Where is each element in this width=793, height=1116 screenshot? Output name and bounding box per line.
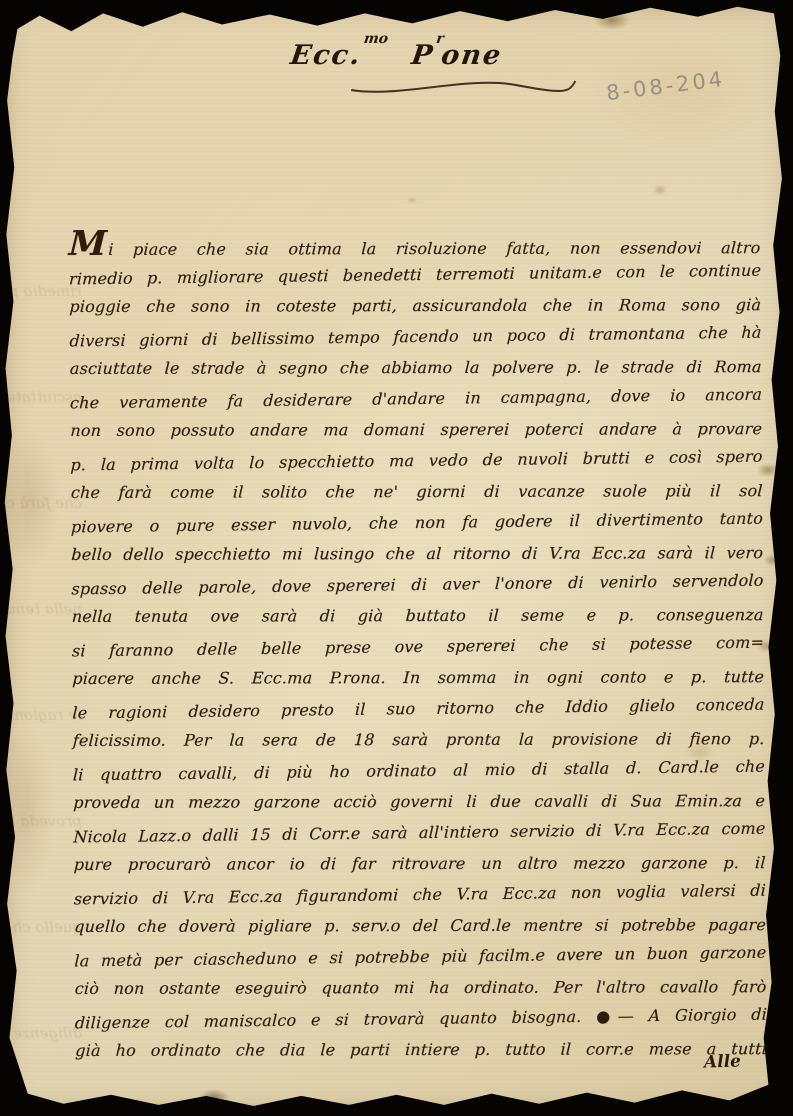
- ghost-line: quello che doverà pigliare p. serv.o del…: [2, 874, 82, 980]
- scan-background: rimedio p. migliorare questi benedetti t…: [0, 0, 793, 1116]
- letter-body: Mi piace che sia ottima la risoluzione f…: [69, 225, 768, 1075]
- archival-number-pencil: 8-08-204: [605, 67, 726, 105]
- pen-flourish-icon: [346, 74, 579, 98]
- salutation-word2-rest: one: [439, 40, 504, 71]
- salutation-superscript: mo: [363, 31, 389, 47]
- handwriting-line: già ho ordinato che dia le parti intiere…: [74, 1033, 767, 1066]
- salutation-word2-initial: P: [410, 40, 437, 71]
- ghost-line: diligenze col maniscalco e si trovarà qu…: [2, 980, 82, 1086]
- salutation-abbrev: Ecc.: [289, 40, 364, 71]
- ghost-line: nella tenuta ove sarà di già buttato il …: [2, 556, 82, 662]
- salutation: Ecc.moProne: [0, 40, 793, 71]
- manuscript-paper: rimedio p. migliorare questi benedetti t…: [0, 0, 793, 1116]
- ghost-line: proveda un mezzo garzone acciò governi l…: [2, 768, 82, 874]
- ghost-line: le ragioni desidero presto il suo ritorn…: [2, 662, 82, 768]
- catchword: Alle: [704, 1051, 742, 1072]
